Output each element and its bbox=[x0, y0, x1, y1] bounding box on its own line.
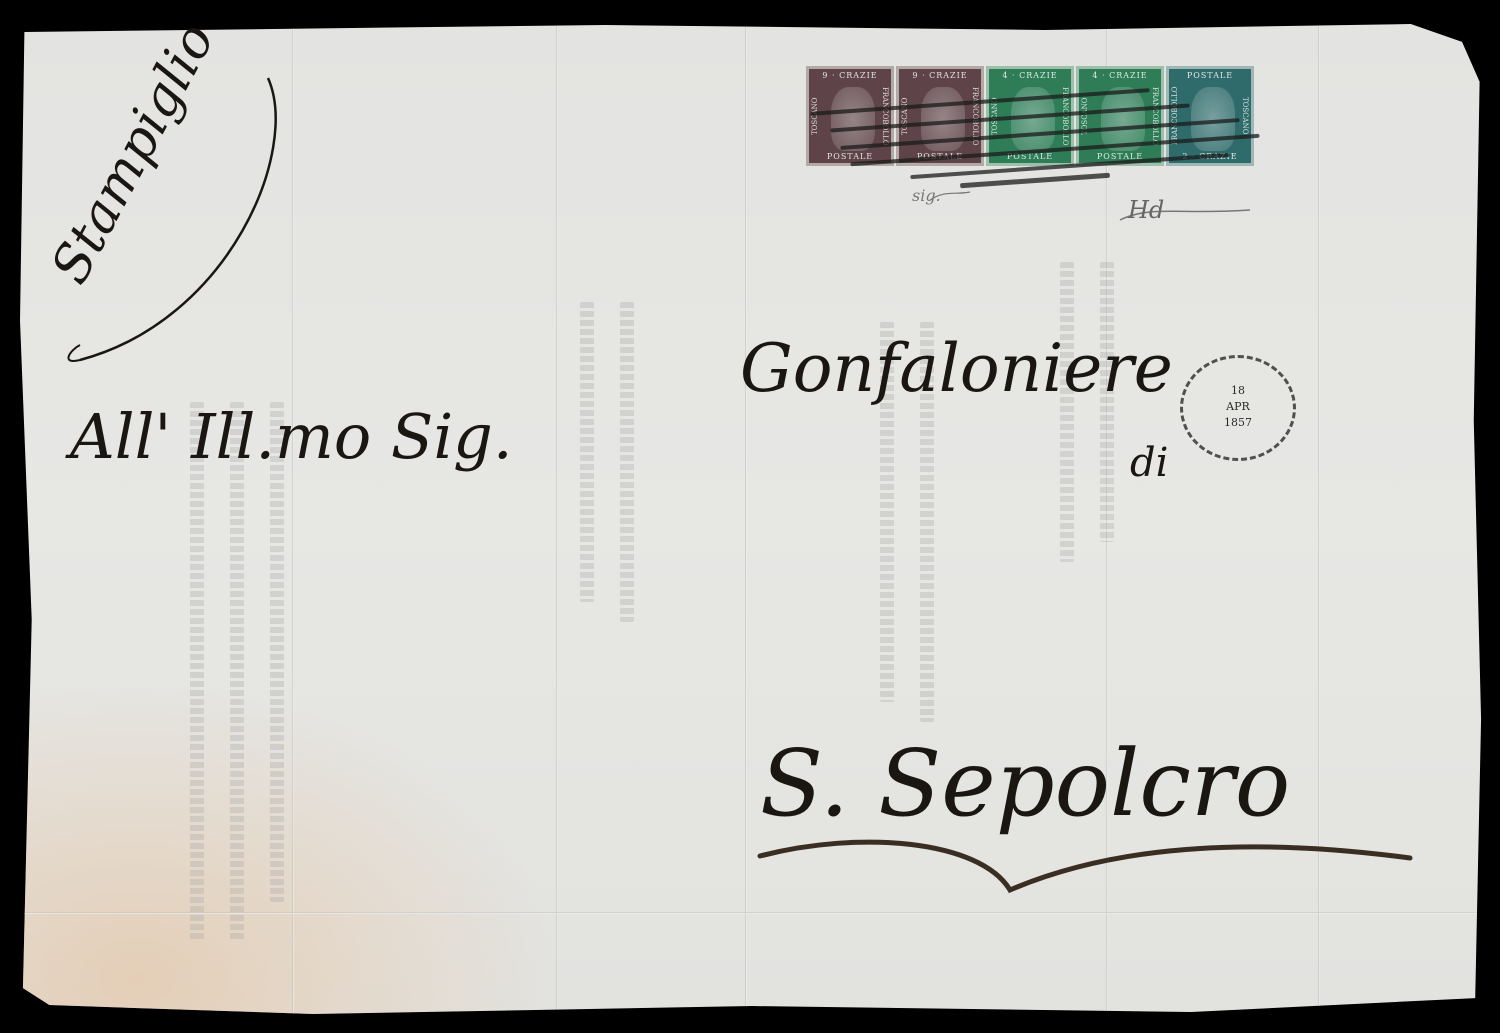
address-line-3: di bbox=[1130, 440, 1168, 486]
destination: S. Sepolcro bbox=[760, 730, 1290, 837]
ink-flourishes bbox=[0, 0, 1500, 1033]
pencil-mark: Hd bbox=[1128, 196, 1164, 224]
pencil-mark: sig. bbox=[912, 186, 941, 205]
address-line-1: All' Ill.mo Sig. bbox=[70, 400, 513, 473]
address-line-2: Gonfaloniere bbox=[740, 330, 1173, 407]
